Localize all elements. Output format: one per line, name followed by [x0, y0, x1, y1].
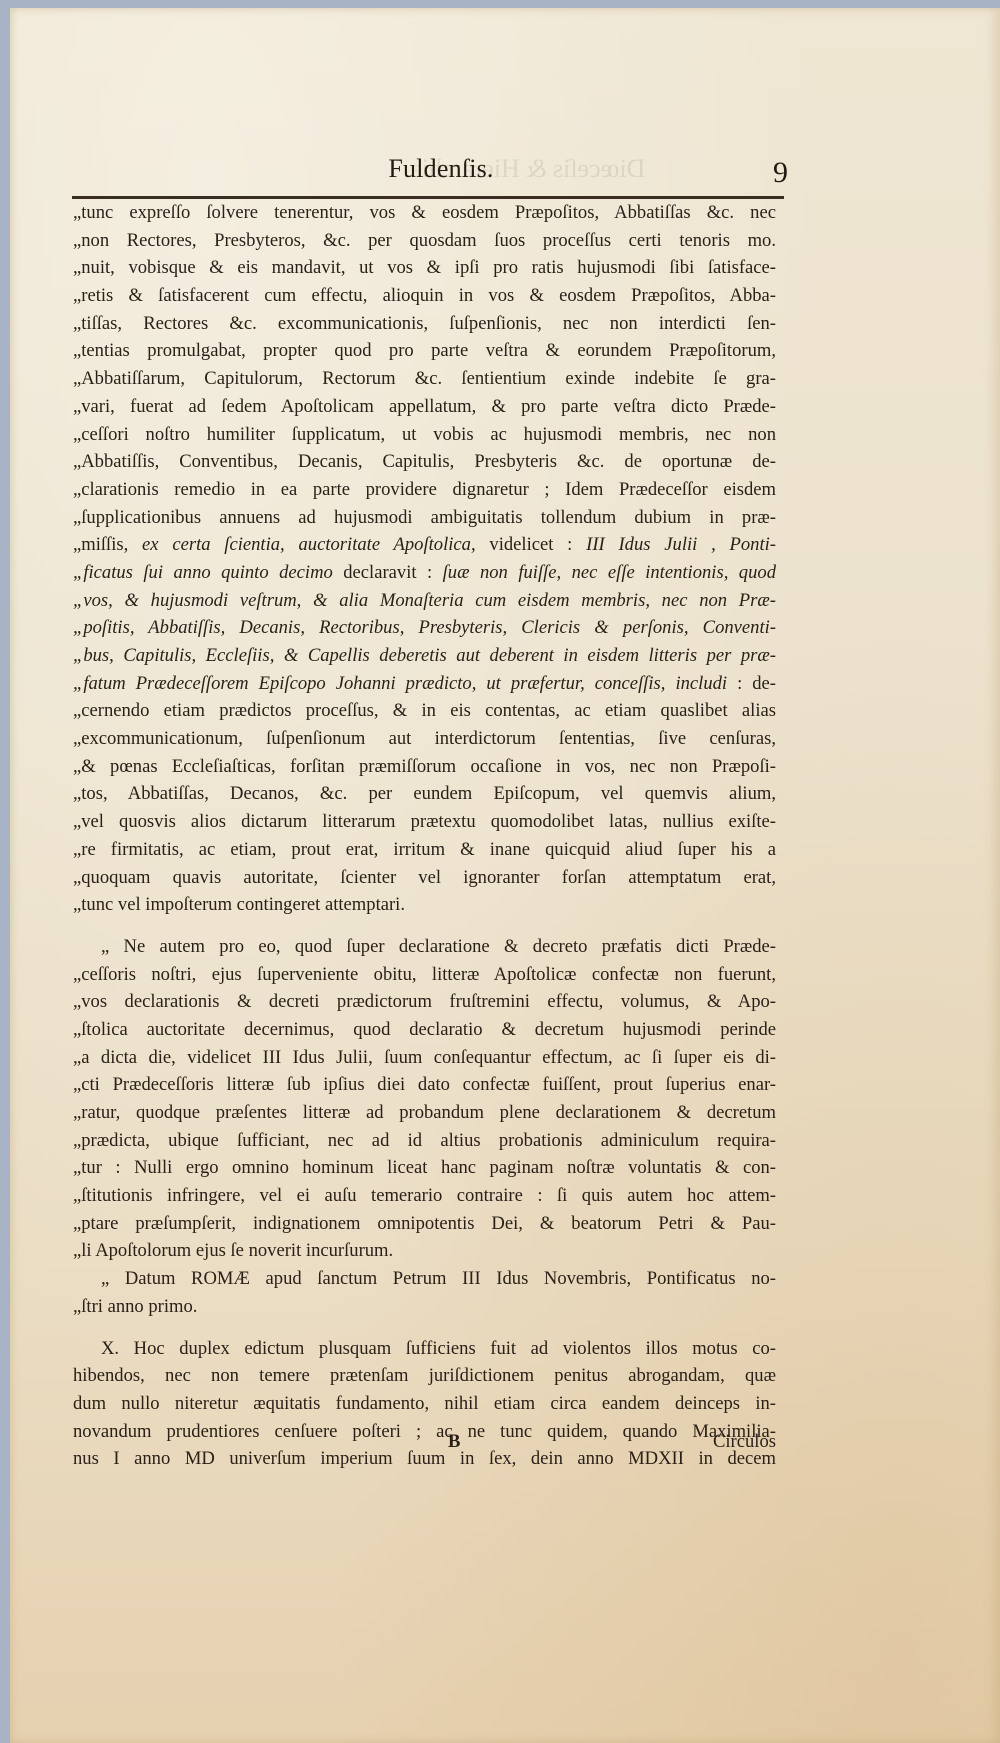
text-line: „re firmitatis, ac etiam, prout erat, ir… — [73, 836, 776, 864]
text-line-mixed: „miſſis, ex certa ſcientia, auctoritate … — [73, 531, 776, 559]
italic-run: ſuæ non fuiſſe, nec eſſe intentionis, qu… — [443, 562, 776, 583]
catchword: Circulos — [713, 1431, 776, 1453]
paragraph-first-line: „ Ne autem pro eo, quod ſuper declaratio… — [73, 933, 776, 961]
text-line: „ceſſori noſtro humiliter ſupplicatum, u… — [73, 421, 776, 449]
text-line: „a dicta die, videlicet III Idus Julii, … — [73, 1044, 776, 1072]
body-text: „tunc expreſſo ſolvere tenerentur, vos &… — [73, 199, 776, 1473]
text-line: „ſtri anno primo. — [73, 1293, 776, 1321]
italic-run: III Idus Julii , Ponti- — [586, 534, 776, 555]
roman-run: declaravit : — [333, 562, 443, 583]
italic-line: „poſitis, Abbatiſſis, Decanis, Rectoribu… — [73, 614, 776, 642]
italic-line: „vos, & hujusmodi veſtrum, & alia Monaſt… — [73, 587, 776, 615]
text-line: „ſtitutionis infringere, vel ei auſu tem… — [73, 1182, 776, 1210]
text-line: „vos declarationis & decreti prædictorum… — [73, 988, 776, 1016]
text-line: „prædicta, ubique ſufficiant, nec ad id … — [73, 1127, 776, 1155]
book-page: Diœceſis & Hierarchia Fuldenſis. 9 „tunc… — [10, 8, 1000, 1743]
text-line: hibendos, nec non temere prætenſam juriſ… — [73, 1362, 776, 1390]
text-line: „tunc expreſſo ſolvere tenerentur, vos &… — [73, 199, 776, 227]
roman-run: : de- — [727, 673, 776, 694]
text-line-mixed: „ficatus ſui anno quinto decimo declarav… — [73, 559, 776, 587]
text-line: „ſtolica auctoritate decernimus, quod de… — [73, 1016, 776, 1044]
text-line: „& pœnas Eccleſiaſticas, forſitan præmiſ… — [73, 753, 776, 781]
text-line-mixed: „fatum Prædeceſſorem Epiſcopo Johanni pr… — [73, 670, 776, 698]
signature-mark: B — [448, 1431, 460, 1453]
text-line: „Abbatiſſarum, Capitulorum, Rectorum &c.… — [73, 365, 776, 393]
italic-line: „bus, Capitulis, Eccleſiis, & Capellis d… — [73, 642, 776, 670]
paragraph-first-line: „ Datum ROMÆ apud ſanctum Petrum III Idu… — [73, 1265, 776, 1293]
text-line: „Abbatiſſis, Conventibus, Decanis, Capit… — [73, 448, 776, 476]
italic-run: „ficatus ſui anno quinto decimo — [73, 562, 333, 583]
text-line: „tentias promulgabat, propter quod pro p… — [73, 337, 776, 365]
text-line: „ſupplicationibus annuens ad hujusmodi a… — [73, 504, 776, 532]
text-line: „vel quosvis alios dictarum litterarum p… — [73, 808, 776, 836]
page-number: 9 — [773, 156, 788, 190]
text-line: „tos, Abbatiſſas, Decanos, &c. per eunde… — [73, 780, 776, 808]
page-footer: B Circulos — [73, 1431, 776, 1459]
text-line: dum nullo niteretur æquitatis fundamento… — [73, 1390, 776, 1418]
paragraph-gap — [73, 919, 776, 933]
text-line: „vari, fuerat ad ſedem Apoſtolicam appel… — [73, 393, 776, 421]
text-line: „li Apoſtolorum ejus ſe noverit incurſur… — [73, 1237, 776, 1265]
running-head: Fuldenſis. — [72, 154, 780, 184]
roman-run: „miſſis, — [73, 534, 142, 555]
text-line: „tunc vel impoſterum contingeret attempt… — [73, 891, 776, 919]
italic-run: ex certa ſcientia, auctoritate Apoſtolic… — [142, 534, 476, 555]
paragraph-first-line: X. Hoc duplex edictum plusquam ſufficien… — [73, 1335, 776, 1363]
text-line: „nuit, vobisque & eis mandavit, ut vos &… — [73, 254, 776, 282]
italic-run: „fatum Prædeceſſorem Epiſcopo Johanni pr… — [73, 673, 727, 694]
text-line: „tiſſas, Rectores &c. excommunicationis,… — [73, 310, 776, 338]
text-line: „tur : Nulli ergo omnino hominum liceat … — [73, 1154, 776, 1182]
text-line: „non Rectores, Presbyteros, &c. per quos… — [73, 227, 776, 255]
text-line: „cti Prædeceſſoris litteræ ſub ipſius di… — [73, 1071, 776, 1099]
text-line: „excommunicationum, ſuſpenſionum aut int… — [73, 725, 776, 753]
paragraph-gap — [73, 1321, 776, 1335]
text-line: „ceſſoris noſtri, ejus ſuperveniente obi… — [73, 961, 776, 989]
text-line: „clarationis remedio in ea parte provide… — [73, 476, 776, 504]
text-line: „ratur, quodque præſentes litteræ ad pro… — [73, 1099, 776, 1127]
text-line: „cernendo etiam prædictos proceſſus, & i… — [73, 697, 776, 725]
roman-run: videlicet : — [476, 534, 587, 555]
text-line: „retis & ſatisfacerent cum effectu, alio… — [73, 282, 776, 310]
text-line: „quoquam quavis autoritate, ſcienter vel… — [73, 864, 776, 892]
text-line: „ptare præſumpſerit, indignationem omnip… — [73, 1210, 776, 1238]
page-header: Fuldenſis. 9 — [72, 154, 780, 194]
